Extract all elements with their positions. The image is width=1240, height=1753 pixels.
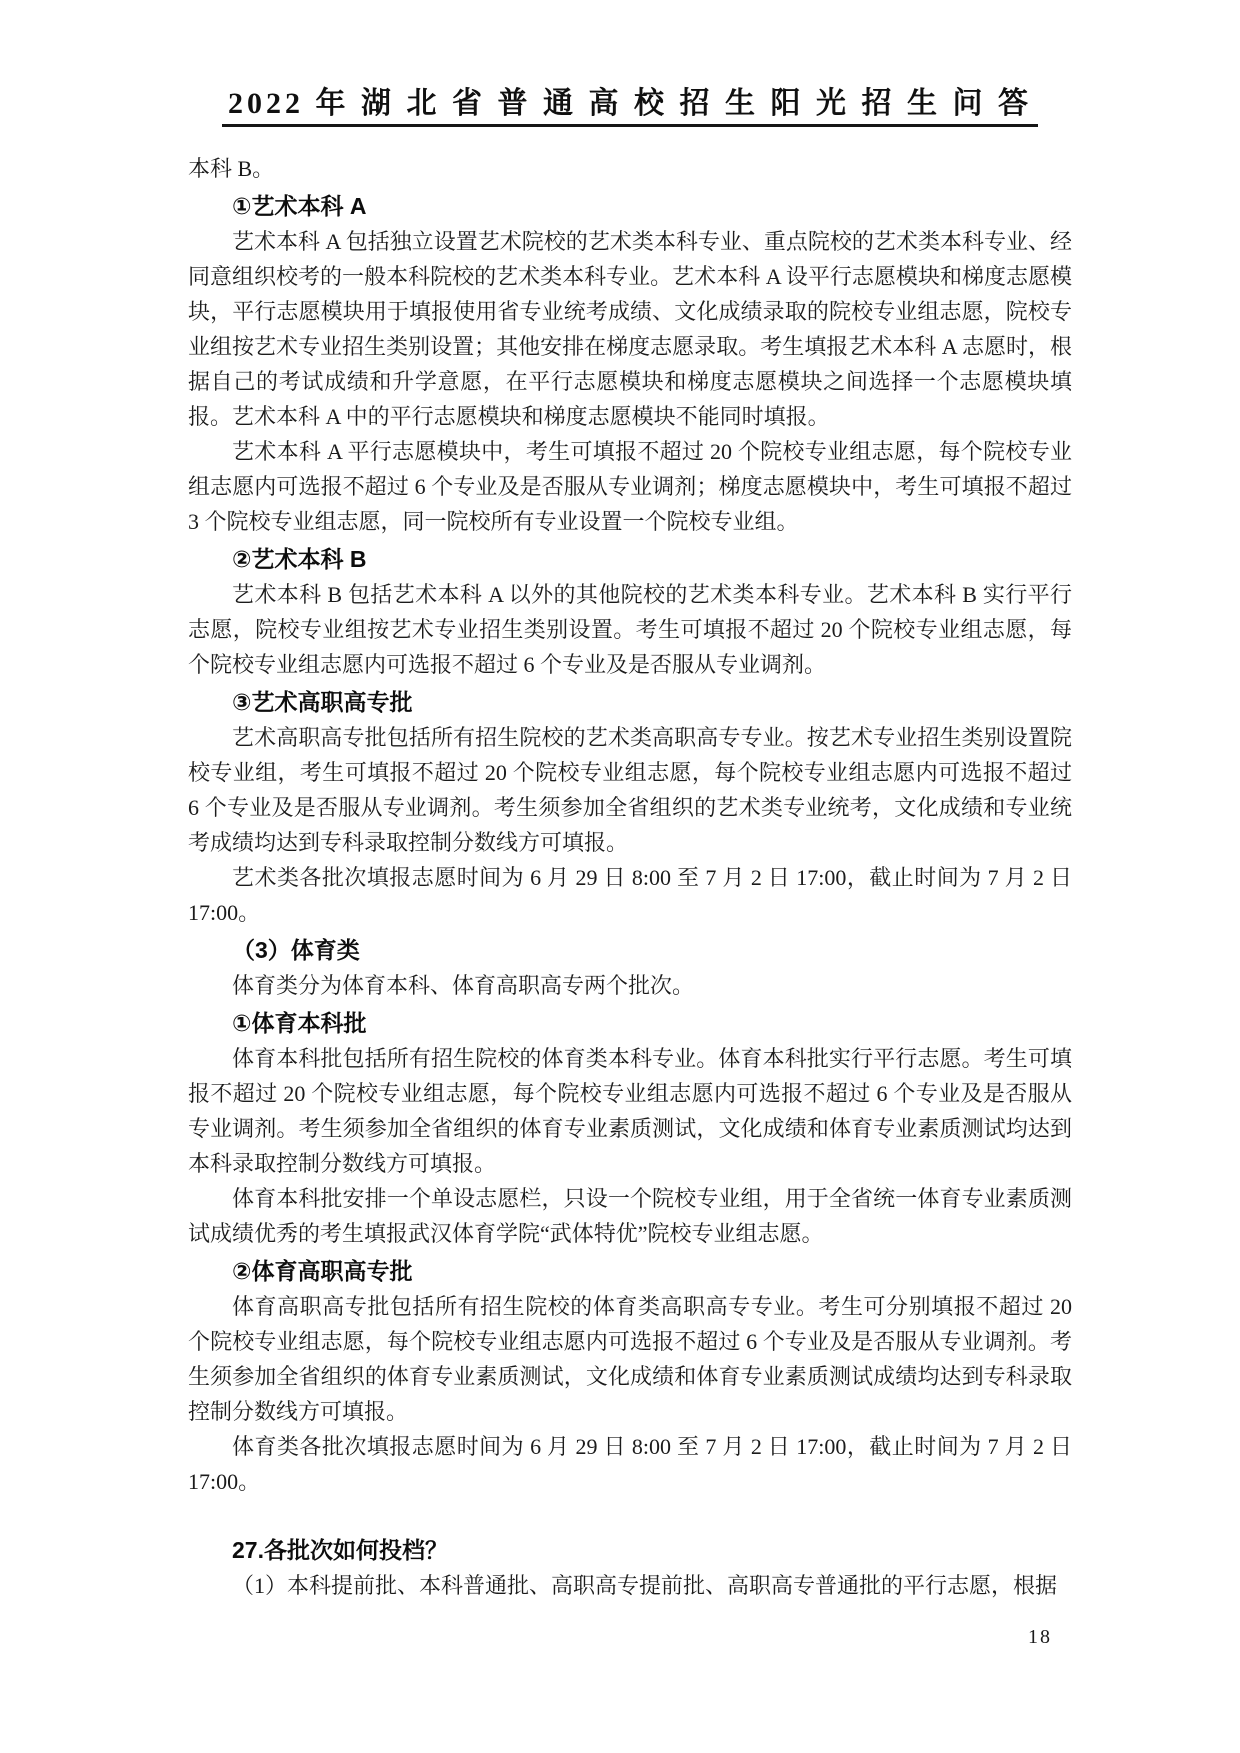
document-header: 2022 年 湖 北 省 普 通 高 校 招 生 阳 光 招 生 问 答: [188, 88, 1072, 127]
para-art-undergrad-b-desc: 艺术本科 B 包括艺术本科 A 以外的其他院校的艺术类本科专业。艺术本科 B 实…: [188, 577, 1072, 682]
para-sports-overview: 体育类分为体育本科、体育高职高专两个批次。: [188, 968, 1072, 1003]
heading-art-vocational-batch: ③艺术高职高专批: [188, 685, 1072, 720]
para-art-undergrad-a-volunteer-limits: 艺术本科 A 平行志愿模块中，考生可填报不超过 20 个院校专业组志愿，每个院校…: [188, 434, 1072, 539]
para-art-schedule: 艺术类各批次填报志愿时间为 6 月 29 日 8:00 至 7 月 2 日 17…: [188, 860, 1072, 930]
heading-sports-vocational-batch: ②体育高职高专批: [188, 1254, 1072, 1289]
heading-sports-category: （3）体育类: [188, 933, 1072, 968]
heading-art-undergrad-b: ②艺术本科 B: [188, 542, 1072, 577]
document-page: 2022 年 湖 北 省 普 通 高 校 招 生 阳 光 招 生 问 答 本科 …: [0, 0, 1240, 1753]
heading-art-undergrad-a: ①艺术本科 A: [188, 189, 1072, 224]
para-art-undergrad-a-desc: 艺术本科 A 包括独立设置艺术院校的艺术类本科专业、重点院校的艺术类本科专业、经…: [188, 224, 1072, 434]
para-sports-vocational-desc: 体育高职高专批包括所有招生院校的体育类高职高专专业。考生可分别填报不超过 20 …: [188, 1289, 1072, 1429]
heading-sports-undergrad-batch: ①体育本科批: [188, 1006, 1072, 1041]
document-title: 2022 年 湖 北 省 普 通 高 校 招 生 阳 光 招 生 问 答: [222, 88, 1038, 127]
page-body: 本科 B。 ①艺术本科 A 艺术本科 A 包括独立设置艺术院校的艺术类本科专业、…: [188, 151, 1072, 1603]
continuation-line: 本科 B。: [188, 151, 1072, 186]
para-sports-schedule: 体育类各批次填报志愿时间为 6 月 29 日 8:00 至 7 月 2 日 17…: [188, 1429, 1072, 1499]
para-question-27-answer-start: （1）本科提前批、本科普通批、高职高专提前批、高职高专普通批的平行志愿，根据: [188, 1568, 1072, 1603]
para-sports-undergrad-desc: 体育本科批包括所有招生院校的体育类本科专业。体育本科批实行平行志愿。考生可填报不…: [188, 1041, 1072, 1181]
para-sports-undergrad-special-column: 体育本科批安排一个单设志愿栏，只设一个院校专业组，用于全省统一体育专业素质测试成…: [188, 1181, 1072, 1251]
page-number: 18: [1028, 1626, 1052, 1649]
para-art-vocational-desc: 艺术高职高专批包括所有招生院校的艺术类高职高专专业。按艺术专业招生类别设置院校专…: [188, 720, 1072, 860]
heading-question-27: 27.各批次如何投档？: [188, 1533, 1072, 1568]
